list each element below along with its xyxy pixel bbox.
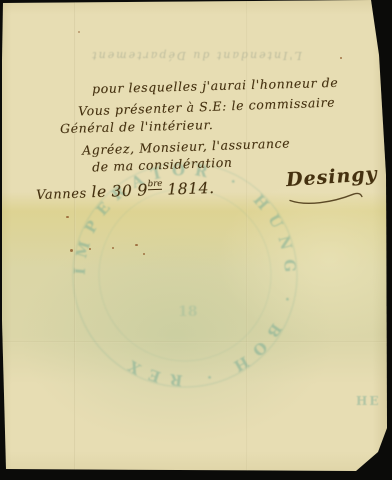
dateline-day: 30: [111, 182, 133, 201]
dateline-place: Vannes: [36, 186, 87, 203]
foxing-speck: [340, 57, 342, 59]
foxing-speck: [70, 249, 73, 252]
dateline-month-suffix: bre: [148, 179, 163, 191]
paper-sheet: L'Intendant du Département IMPERATOR · H…: [0, 0, 392, 480]
dateline-month: 9: [137, 180, 148, 199]
scanned-letter: L'Intendant du Département IMPERATOR · H…: [0, 0, 392, 480]
dateline-year: 1814.: [167, 179, 215, 199]
vertical-crease-left: [74, 0, 76, 480]
horizontal-crease: [0, 341, 392, 343]
letter-line-2: Vous présenter à S.E: le commissaire: [78, 95, 336, 119]
foxing-speck: [143, 253, 145, 255]
foxing-speck: [66, 216, 69, 218]
foxing-speck: [135, 244, 138, 246]
foxing-speck: [89, 248, 91, 250]
stamp-edge-fragment: HE: [356, 394, 380, 408]
bleedthrough-letterhead-text: L'Intendant du Département: [28, 44, 364, 62]
foxing-speck: [112, 247, 114, 249]
stamp-center-fragment: 18: [178, 304, 197, 320]
foxing-speck: [78, 31, 80, 33]
vertical-crease-right: [246, 0, 248, 480]
dateline-le: le: [91, 183, 107, 202]
letter-line-1: pour lesquelles j'aurai l'honneur de: [92, 75, 339, 96]
